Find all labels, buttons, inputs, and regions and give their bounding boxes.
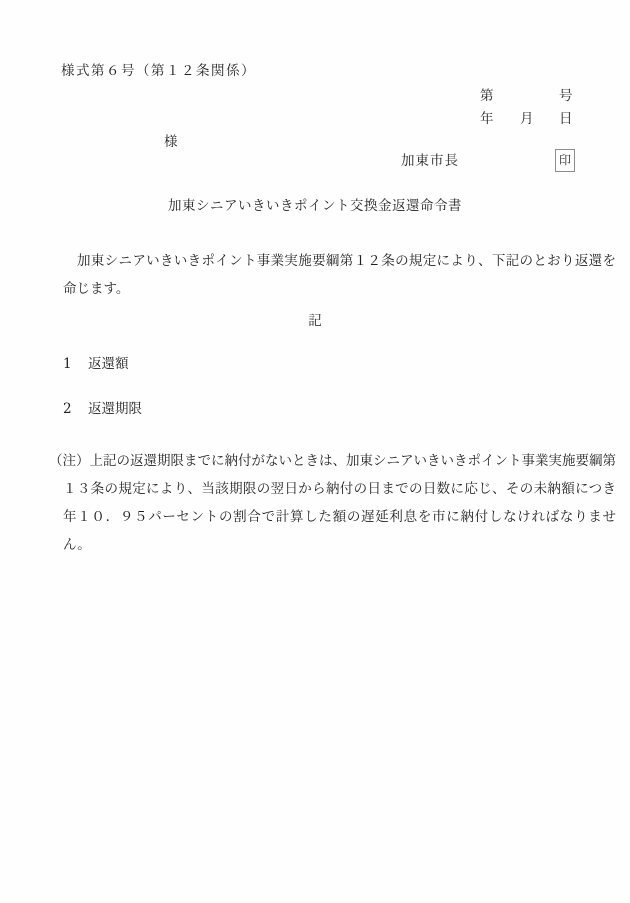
seal-box: 印 bbox=[555, 149, 575, 172]
list-item-1: 1返還額 bbox=[63, 356, 129, 372]
list-item-1-label: 返還額 bbox=[88, 356, 129, 372]
document-title: 加東シニアいきいきポイント交換金返還命令書 bbox=[0, 198, 630, 214]
addressee-honorific: 様 bbox=[164, 134, 178, 150]
list-item-2-label: 返還期限 bbox=[88, 401, 142, 417]
record-marker: 記 bbox=[0, 313, 630, 329]
date-day-label: 日 bbox=[559, 111, 573, 127]
doc-number-prefix: 第 bbox=[480, 88, 494, 104]
doc-number-suffix: 号 bbox=[559, 88, 573, 104]
list-item-1-number: 1 bbox=[63, 356, 88, 372]
form-number: 様式第６号（第１２条関係） bbox=[61, 63, 256, 79]
issuer-name: 加東市長 bbox=[401, 153, 459, 169]
list-item-2: 2返還期限 bbox=[63, 401, 142, 417]
seal-label: 印 bbox=[559, 153, 571, 167]
date-year-label: 年 bbox=[480, 111, 494, 127]
list-item-2-number: 2 bbox=[63, 401, 88, 417]
document-page: 様式第６号（第１２条関係） 第 号 年 月 日 様 加東市長 印 加東シニアいき… bbox=[0, 0, 630, 903]
body-paragraph: 加東シニアいきいきポイント事業実施要綱第１２条の規定により、下記のとおり返還を命… bbox=[63, 247, 616, 303]
note-paragraph: （注）上記の返還期限までに納付がないときは、加東シニアいきいきポイント事業実施要… bbox=[63, 447, 616, 559]
date-month-label: 月 bbox=[520, 111, 534, 127]
